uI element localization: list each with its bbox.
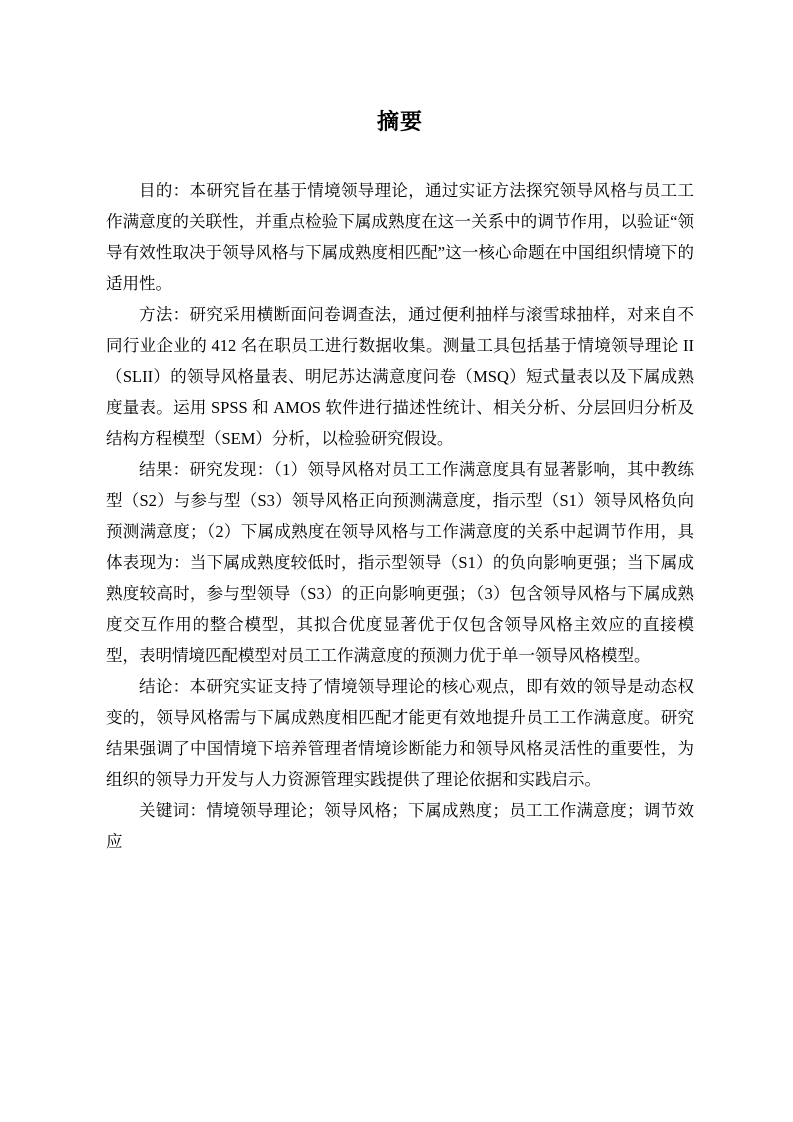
abstract-paragraph-objective: 目的：本研究旨在基于情境领导理论，通过实证方法探究领导风格与员工工作满意度的关联…: [106, 175, 694, 299]
abstract-keywords: 关键词：情境领导理论；领导风格；下属成熟度；员工工作满意度；调节效应: [106, 795, 694, 857]
abstract-page: 摘要 目的：本研究旨在基于情境领导理论，通过实证方法探究领导风格与员工工作满意度…: [0, 0, 793, 1122]
abstract-content: 摘要 目的：本研究旨在基于情境领导理论，通过实证方法探究领导风格与员工工作满意度…: [106, 0, 694, 857]
abstract-paragraph-results: 结果：研究发现：（1）领导风格对员工工作满意度具有显著影响，其中教练型（S2）与…: [106, 454, 694, 671]
page-title: 摘要: [106, 106, 694, 138]
abstract-paragraph-conclusion: 结论：本研究实证支持了情境领导理论的核心观点，即有效的领导是动态权变的，领导风格…: [106, 671, 694, 795]
abstract-paragraph-method: 方法：研究采用横断面问卷调查法，通过便利抽样与滚雪球抽样，对来自不同行业企业的 …: [106, 299, 694, 454]
